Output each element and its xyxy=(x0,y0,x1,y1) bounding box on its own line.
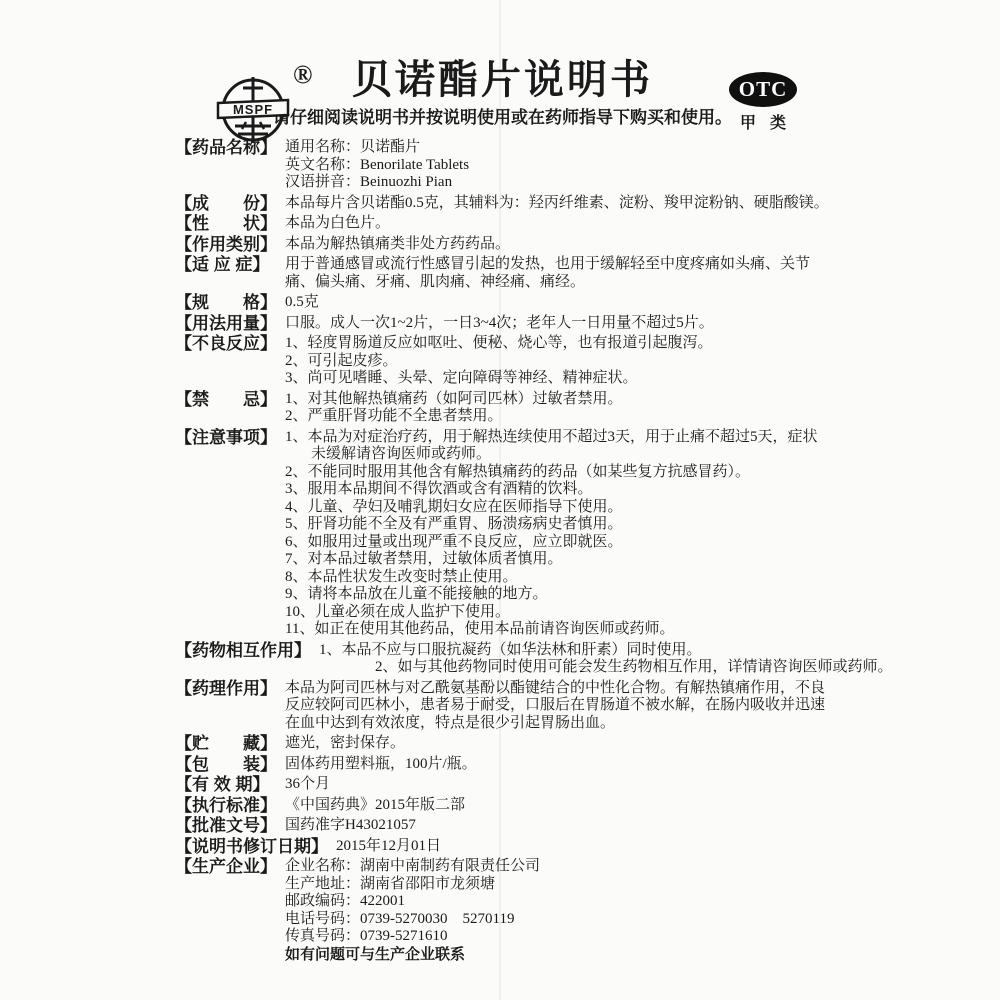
manufacturer-phone: 电话号码：0739-5270030 5270119 xyxy=(285,911,830,929)
contraindication-item: 2、严重肝肾功能不全患者禁用。 xyxy=(285,408,830,426)
composition-text: 本品每片含贝诺酯0.5克，其辅料为：羟丙纤维素、淀粉、羧甲淀粉钠、硬脂酸镁。 xyxy=(285,195,830,213)
manufacturer-contact-note: 如有问题可与生产企业联系 xyxy=(285,946,830,964)
otc-badge-block: OTC 甲类 xyxy=(724,72,802,133)
section-label: 【有 效 期】 xyxy=(175,776,279,794)
dosage-text: 口服。成人一次1~2片，一日3~4次；老年人一日用量不超过5片。 xyxy=(285,315,830,333)
generic-name: 通用名称：贝诺酯片 xyxy=(285,139,830,157)
manufacturer-logo: MSPF ® xyxy=(211,66,321,150)
section-label: 【包 装】 xyxy=(175,756,279,774)
precaution-item: 3、服用本品期间不得饮酒或含有酒精的饮料。 xyxy=(285,481,830,499)
packaging-text: 固体药用塑料瓶，100片/瓶。 xyxy=(285,756,830,774)
section-contraindications: 【禁 忌】 1、对其他解热镇痛药（如阿司匹林）过敏者禁用。 2、严重肝肾功能不全… xyxy=(175,391,830,426)
section-drug-interactions: 【药物相互作用】 1、本品不应与口服抗凝药（如华法林和肝素）同时使用。 2、如与… xyxy=(175,642,830,677)
section-label: 【批准文号】 xyxy=(175,817,279,835)
section-label: 【药理作用】 xyxy=(175,680,279,698)
category-text: 本品为解热镇痛类非处方药药品。 xyxy=(285,236,830,254)
section-properties: 【性 状】 本品为白色片。 xyxy=(175,215,830,233)
precaution-item: 2、不能同时服用其他含有解热镇痛药的药品（如某些复方抗感冒药）。 xyxy=(285,464,830,482)
precaution-item: 11、如正在使用其他药品，使用本品前请咨询医师或药师。 xyxy=(285,621,830,639)
properties-text: 本品为白色片。 xyxy=(285,215,830,233)
revision-date-text: 2015年12月01日 xyxy=(336,838,830,856)
section-approval-number: 【批准文号】 国药准字H43021057 xyxy=(175,817,830,835)
section-label: 【成 份】 xyxy=(175,195,279,213)
standard-text: 《中国药典》2015年版二部 xyxy=(285,797,830,815)
section-pharmacology: 【药理作用】 本品为阿司匹林与对乙酰氨基酚以酯键结合的中性化合物。有解热镇痛作用… xyxy=(175,680,830,733)
validity-text: 36个月 xyxy=(285,776,830,794)
registered-trademark-mark: ® xyxy=(293,60,312,90)
section-category: 【作用类别】 本品为解热镇痛类非处方药药品。 xyxy=(175,236,830,254)
precaution-item: 4、儿童、孕妇及哺乳期妇女应在医师指导下使用。 xyxy=(285,499,830,517)
pharmacology-text: 本品为阿司匹林与对乙酰氨基酚以酯键结合的中性化合物。有解热镇痛作用，不良反应较阿… xyxy=(285,680,830,733)
contraindication-item: 1、对其他解热镇痛药（如阿司匹林）过敏者禁用。 xyxy=(285,391,830,409)
paper-fold-crease xyxy=(499,0,501,1000)
section-label: 【说明书修订日期】 xyxy=(175,838,330,856)
section-label: 【贮 藏】 xyxy=(175,735,279,753)
precaution-item: 5、肝肾功能不全及有严重胃、肠溃疡病史者慎用。 xyxy=(285,516,830,534)
english-name: 英文名称：Benorilate Tablets xyxy=(285,157,830,175)
section-label: 【不良反应】 xyxy=(175,335,279,353)
section-label: 【性 状】 xyxy=(175,215,279,233)
section-label: 【禁 忌】 xyxy=(175,391,279,409)
precaution-item: 1、本品为对症治疗药，用于解热连续使用不超过3天，用于止痛不超过5天，症状未缓解… xyxy=(285,429,830,464)
package-insert-page: MSPF ® OTC 甲类 贝诺酯片说明书 请仔细阅读说明书并按说明使用或在药师… xyxy=(0,0,1000,1000)
sections: 【药品名称】 通用名称：贝诺酯片 英文名称：Benorilate Tablets… xyxy=(175,139,830,963)
adverse-item: 1、轻度胃肠道反应如呕吐、便秘、烧心等，也有报道引起腹泻。 xyxy=(285,335,830,353)
section-dosage: 【用法用量】 口服。成人一次1~2片，一日3~4次；老年人一日用量不超过5片。 xyxy=(175,315,830,333)
otc-badge: OTC xyxy=(729,72,797,107)
precaution-item: 6、如服用过量或出现严重不良反应，应立即就医。 xyxy=(285,534,830,552)
precaution-item: 7、对本品过敏者禁用，过敏体质者慎用。 xyxy=(285,551,830,569)
precaution-item: 8、本品性状发生改变时禁止使用。 xyxy=(285,569,830,587)
section-indications: 【适 应 症】 用于普通感冒或流行性感冒引起的发热，也用于缓解轻至中度疼痛如头痛… xyxy=(175,256,830,291)
section-packaging: 【包 装】 固体药用塑料瓶，100片/瓶。 xyxy=(175,756,830,774)
manufacturer-name: 企业名称：湖南中南制药有限责任公司 xyxy=(285,858,830,876)
manufacturer-zip: 邮政编码：422001 xyxy=(285,893,830,911)
adverse-item: 2、可引起皮疹。 xyxy=(285,353,830,371)
header: MSPF ® OTC 甲类 贝诺酯片说明书 请仔细阅读说明书并按说明使用或在药师… xyxy=(175,58,830,129)
interaction-item: 2、如与其他药物同时使用可能会发生药物相互作用，详情请咨询医师或药师。 xyxy=(375,659,830,677)
section-standard: 【执行标准】 《中国药典》2015年版二部 xyxy=(175,797,830,815)
manufacturer-fax: 传真号码：0739-5271610 xyxy=(285,928,830,946)
interaction-item: 1、本品不应与口服抗凝药（如华法林和肝素）同时使用。 xyxy=(319,642,830,660)
precaution-item: 9、请将本品放在儿童不能接触的地方。 xyxy=(285,586,830,604)
pinyin-name: 汉语拼音：Beinuozhi Pian xyxy=(285,174,830,192)
section-storage: 【贮 藏】 遮光，密封保存。 xyxy=(175,735,830,753)
section-precautions: 【注意事项】 1、本品为对症治疗药，用于解热连续使用不超过3天，用于止痛不超过5… xyxy=(175,429,830,639)
section-composition: 【成 份】 本品每片含贝诺酯0.5克，其辅料为：羟丙纤维素、淀粉、羧甲淀粉钠、硬… xyxy=(175,195,830,213)
manufacturer-address: 生产地址：湖南省邵阳市龙须塘 xyxy=(285,876,830,894)
section-validity: 【有 效 期】 36个月 xyxy=(175,776,830,794)
section-label: 【生产企业】 xyxy=(175,858,279,876)
section-adverse-reactions: 【不良反应】 1、轻度胃肠道反应如呕吐、便秘、烧心等，也有报道引起腹泻。 2、可… xyxy=(175,335,830,388)
indications-text: 用于普通感冒或流行性感冒引起的发热，也用于缓解轻至中度疼痛如头痛、关节痛、偏头痛… xyxy=(285,256,830,291)
approval-text: 国药准字H43021057 xyxy=(285,817,830,835)
otc-class-label: 甲类 xyxy=(724,110,802,133)
adverse-item: 3、尚可见嗜睡、头晕、定向障碍等神经、精神症状。 xyxy=(285,370,830,388)
section-label: 【规 格】 xyxy=(175,294,279,312)
section-revision-date: 【说明书修订日期】 2015年12月01日 xyxy=(175,838,830,856)
section-manufacturer: 【生产企业】 企业名称：湖南中南制药有限责任公司 生产地址：湖南省邵阳市龙须塘 … xyxy=(175,858,830,963)
section-label: 【药物相互作用】 xyxy=(175,642,313,660)
section-label: 【用法用量】 xyxy=(175,315,279,333)
section-label: 【适 应 症】 xyxy=(175,256,279,274)
section-label: 【注意事项】 xyxy=(175,429,279,447)
section-label: 【执行标准】 xyxy=(175,797,279,815)
storage-text: 遮光，密封保存。 xyxy=(285,735,830,753)
section-strength: 【规 格】 0.5克 xyxy=(175,294,830,312)
strength-text: 0.5克 xyxy=(285,294,830,312)
svg-text:MSPF: MSPF xyxy=(233,102,273,117)
section-label: 【作用类别】 xyxy=(175,236,279,254)
precaution-item: 10、儿童必须在成人监护下使用。 xyxy=(285,604,830,622)
globe-logo-icon: MSPF xyxy=(211,66,295,150)
